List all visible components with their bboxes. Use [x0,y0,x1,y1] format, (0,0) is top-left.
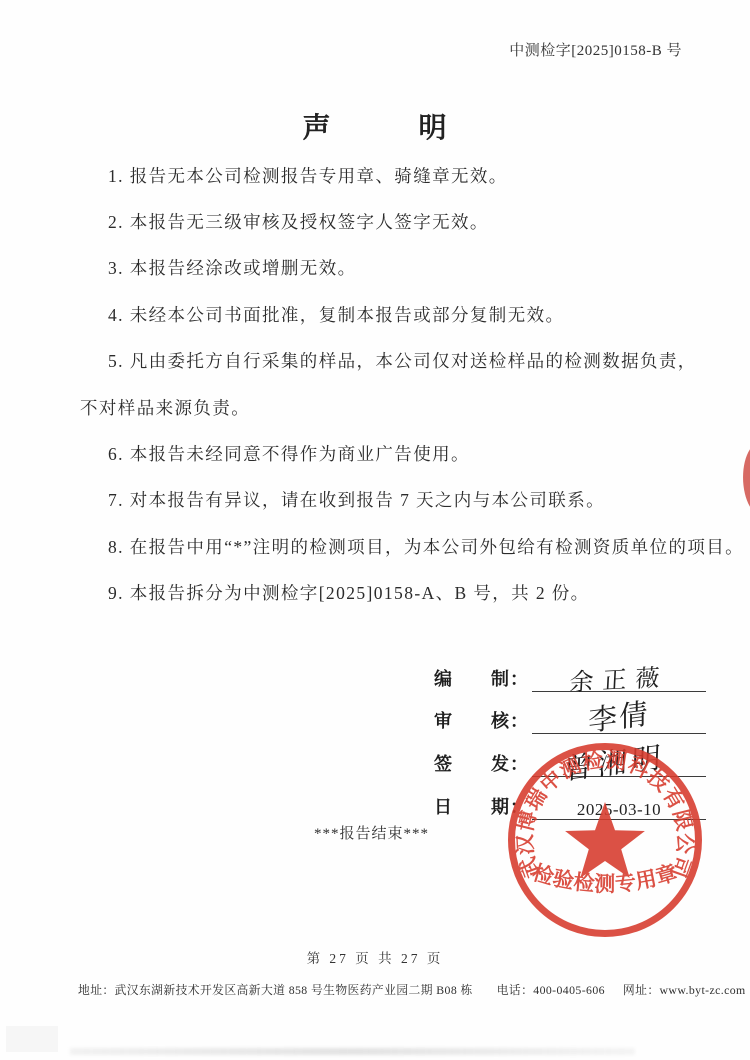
footer-phone: 电话：400-0405-606 [497,983,605,997]
statement-line: 6. 本报告未经同意不得作为商业广告使用。 [80,430,695,476]
scan-artifact-corner [6,1026,58,1052]
red-edge-stamp-fragment [737,447,750,509]
statement-line: 8. 在报告中用“*”注明的检测项目，为本公司外包给有检测资质单位的项目。 [80,523,695,569]
statement-line-continuation: 不对样品来源负责。 [80,384,695,430]
svg-text:检验检测专用章: 检验检测专用章 [530,860,681,896]
signoff-label: 审 核： [434,712,532,734]
footer-website: 网址：www.byt-zc.com [623,983,746,997]
report-end-marker: ***报告结束*** [314,822,429,843]
statement-line: 1. 报告无本公司检测报告专用章、骑缝章无效。 [80,152,695,198]
page-title: 声 明 [0,106,750,146]
signature-line: 李倩 [532,691,706,735]
statement-line: 3. 本报告经涂改或增删无效。 [80,245,695,291]
signoff-row-prepared-by: 编 制： 余正薇 [434,649,706,692]
statement-line: 7. 对本报告有异议，请在收到报告 7 天之内与本公司联系。 [80,477,695,523]
document-page: 中测检字[2025]0158-B 号 声 明 1. 报告无本公司检测报告专用章、… [0,0,750,1060]
seal-star-icon [565,802,645,878]
page-number: 第 27 页 共 27 页 [0,947,750,967]
handwritten-signature: 李倩 [588,699,650,736]
report-number: 中测检字[2025]0158-B 号 [509,39,682,60]
statement-list: 1. 报告无本公司检测报告专用章、骑缝章无效。 2. 本报告无三级审核及授权签字… [80,152,695,616]
footer-contact: 地址：武汉东湖新技术开发区高新大道 858 号生物医药产业园二期 B08 栋电话… [78,981,746,998]
statement-line: 9. 本报告拆分为中测检字[2025]0158-A、B 号，共 2 份。 [80,570,695,616]
seal-type-text: 检验检测专用章 [530,860,681,896]
signoff-row-reviewed-by: 审 核： 李倩 [434,692,706,735]
signoff-label: 编 制： [434,670,532,692]
company-seal-stamp: 武汉博瑞中测检测科技有限公司 检验检测专用章 [505,740,705,940]
scan-artifact-strip [70,1048,635,1055]
signature-line: 余正薇 [532,648,706,692]
statement-line: 4. 未经本公司书面批准，复制本报告或部分复制无效。 [80,291,695,337]
statement-line: 2. 本报告无三级审核及授权签字人签字无效。 [80,198,695,244]
footer-address: 地址：武汉东湖新技术开发区高新大道 858 号生物医药产业园二期 B08 栋 [78,983,473,997]
statement-line: 5. 凡由委托方自行采集的样品，本公司仅对送检样品的检测数据负责， [80,338,695,384]
